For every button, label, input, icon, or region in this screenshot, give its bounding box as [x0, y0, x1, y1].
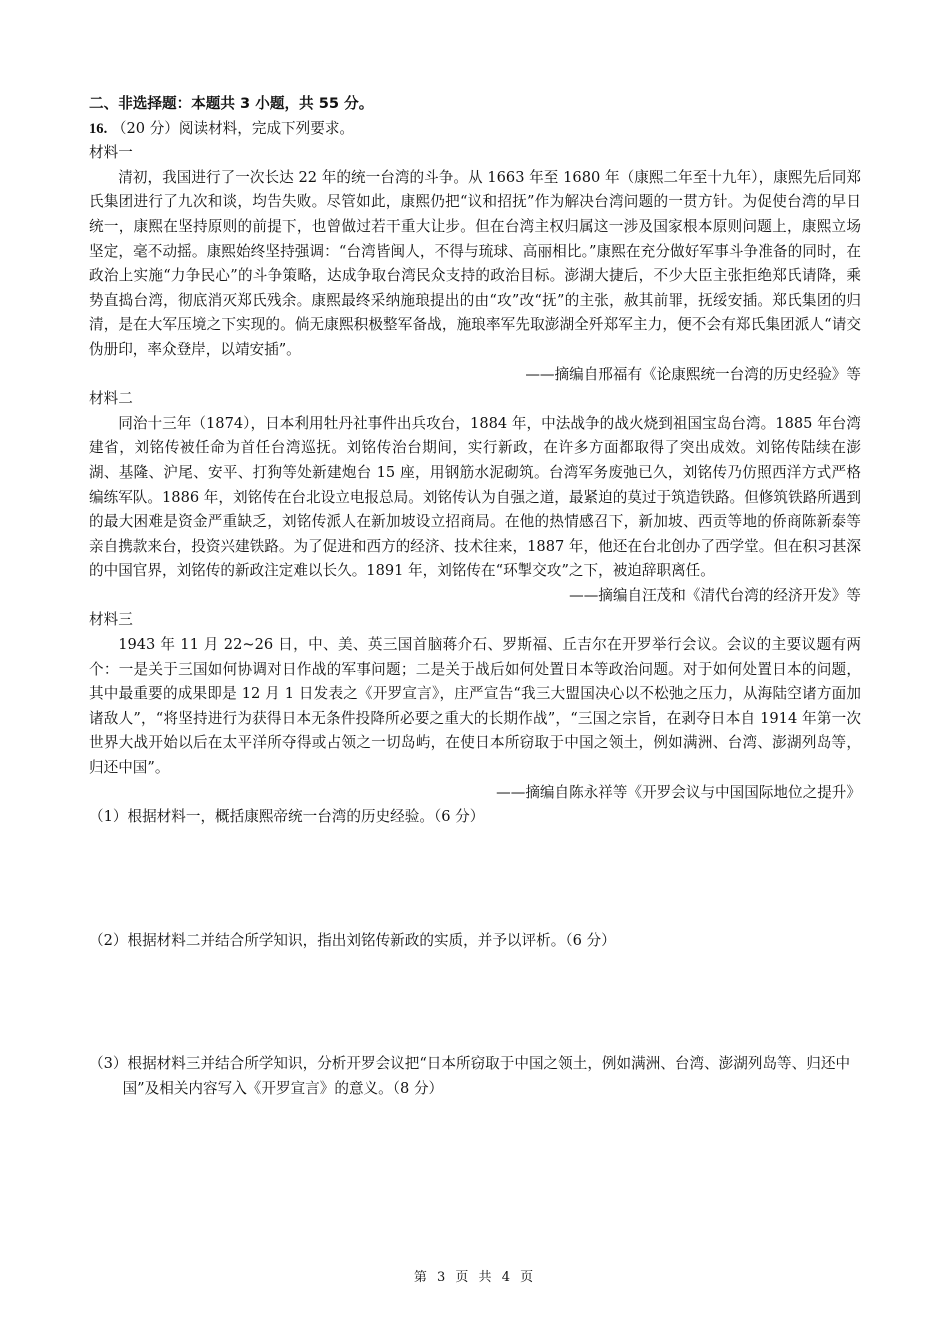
material-text: 1943 年 11 月 22~26 日，中、美、英三国首脑蒋介石、罗斯福、丘吉尔… [89, 633, 861, 781]
material-source: ——摘编自陈永祥等《开罗会议与中国国际地位之提升》 [89, 781, 861, 806]
material-1: 材料一 清初，我国进行了一次长达 22 年的统一台湾的斗争。从 1663 年至 … [89, 141, 861, 387]
material-text: 同治十三年（1874），日本利用牡丹社事件出兵攻台，1884 年，中法战争的战火… [89, 412, 861, 584]
exam-page: 二、非选择题：本题共 3 小题，共 55 分。 16. （20 分）阅读材料，完… [89, 92, 861, 1102]
section-heading: 二、非选择题：本题共 3 小题，共 55 分。 [89, 92, 861, 117]
material-text: 清初，我国进行了一次长达 22 年的统一台湾的斗争。从 1663 年至 1680… [89, 166, 861, 363]
material-label: 材料一 [89, 141, 861, 166]
question-title: 16. （20 分）阅读材料，完成下列要求。 [89, 117, 861, 142]
material-label: 材料二 [89, 387, 861, 412]
page-footer: 第 3 页 共 4 页 [0, 1266, 950, 1285]
sub-question-1: （1）根据材料一，概括康熙帝统一台湾的历史经验。（6 分） [89, 805, 861, 830]
answer-space-2 [89, 953, 861, 1052]
material-2: 材料二 同治十三年（1874），日本利用牡丹社事件出兵攻台，1884 年，中法战… [89, 387, 861, 608]
question-intro: （20 分）阅读材料，完成下列要求。 [112, 120, 354, 137]
material-3: 材料三 1943 年 11 月 22~26 日，中、美、英三国首脑蒋介石、罗斯福… [89, 608, 861, 805]
sub-question-3: （3）根据材料三并结合所学知识，分析开罗会议把“日本所窃取于中国之领土，例如满洲… [89, 1052, 861, 1101]
material-source: ——摘编自邢福有《论康熙统一台湾的历史经验》等 [89, 363, 861, 388]
material-label: 材料三 [89, 608, 861, 633]
material-source: ——摘编自汪茂和《清代台湾的经济开发》等 [89, 584, 861, 609]
sub-question-2: （2）根据材料二并结合所学知识，指出刘铭传新政的实质，并予以评析。（6 分） [89, 929, 861, 954]
question-number: 16. [89, 121, 107, 137]
answer-space-1 [89, 830, 861, 929]
